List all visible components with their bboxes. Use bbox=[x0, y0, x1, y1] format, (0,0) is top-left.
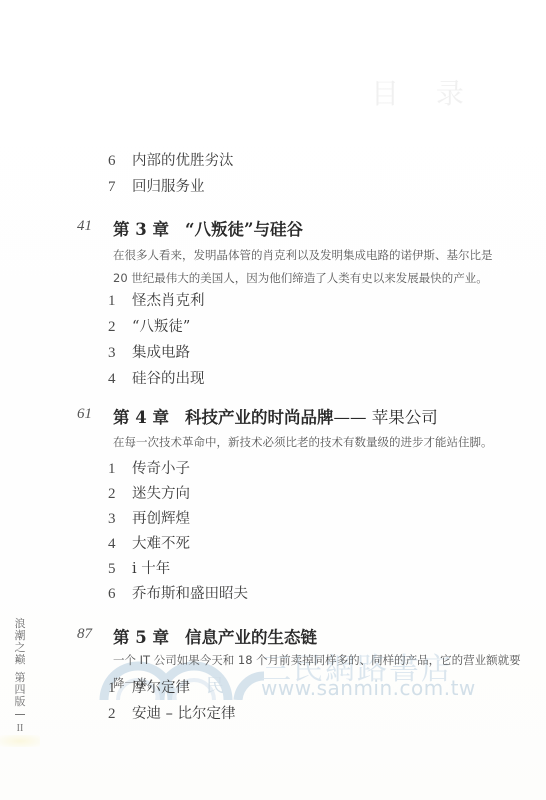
section-number: 6 bbox=[108, 151, 132, 171]
section-label: 再创辉煌 bbox=[132, 511, 190, 527]
section-number: 1 bbox=[108, 678, 132, 698]
running-head: 浪潮之巅 第四版 II bbox=[13, 618, 27, 735]
section-number: 6 bbox=[108, 584, 132, 604]
section-label: i 十年 bbox=[132, 561, 170, 577]
toc-section-item[interactable]: 5i 十年 bbox=[108, 558, 170, 579]
chapter-epigraph: 在很多人看来，发明晶体管的肖克利以及发明集成电路的诺伊斯、基尔比是 20 世纪最… bbox=[113, 244, 503, 290]
running-head-book-title: 浪潮之巅 bbox=[13, 618, 27, 666]
section-number: 7 bbox=[108, 177, 132, 197]
section-number: 5 bbox=[108, 559, 132, 579]
toc-section-item[interactable]: 4大难不死 bbox=[108, 533, 190, 554]
toc-section-item[interactable]: 1怪杰肖克利 bbox=[108, 290, 205, 311]
section-number: 4 bbox=[108, 534, 132, 554]
toc-section-item[interactable]: 3再创辉煌 bbox=[108, 508, 190, 529]
section-label: 传奇小子 bbox=[132, 461, 190, 477]
book-page: 目 录 6内部的优胜劣汰 7回归服务业 41 第 3 章“八叛徒”与硅谷 在很多… bbox=[0, 0, 546, 800]
chapter-subtitle: —— 苹果公司 bbox=[333, 408, 437, 427]
bleed-through-heading: 目 录 bbox=[371, 72, 478, 112]
section-number: 3 bbox=[108, 343, 132, 363]
chapter-title-text: 信息产业的生态链 bbox=[185, 628, 317, 647]
section-label: 摩尔定律 bbox=[132, 680, 190, 696]
section-number: 1 bbox=[108, 291, 132, 311]
toc-section-item[interactable]: 2“八叛徒” bbox=[108, 316, 190, 337]
chapter-epigraph: 在每一次技术革命中，新技术必须比老的技术有数量级的进步才能站住脚。 bbox=[113, 431, 503, 454]
section-number: 2 bbox=[108, 317, 132, 337]
chapter-title[interactable]: 第 5 章信息产业的生态链 bbox=[113, 624, 317, 648]
section-label: 安迪 – 比尔定律 bbox=[132, 706, 235, 722]
section-label: “八叛徒” bbox=[132, 319, 190, 335]
section-label: 迷失方向 bbox=[132, 486, 190, 502]
toc-section-item[interactable]: 6乔布斯和盛田昭夫 bbox=[108, 583, 248, 604]
running-head-edition: 第四版 bbox=[13, 672, 27, 708]
chapter-page-number: 61 bbox=[77, 406, 92, 423]
toc-section-item[interactable]: 2迷失方向 bbox=[108, 483, 190, 504]
toc-section-item[interactable]: 1传奇小子 bbox=[108, 458, 190, 479]
chapter-page-number: 87 bbox=[77, 626, 92, 643]
section-label: 乔布斯和盛田昭夫 bbox=[132, 586, 248, 602]
running-head-divider bbox=[15, 714, 25, 715]
section-label: 集成电路 bbox=[132, 345, 190, 361]
chapter-title-text: “八叛徒”与硅谷 bbox=[185, 220, 303, 239]
toc-section-item[interactable]: 7回归服务业 bbox=[108, 176, 205, 197]
toc-section-item[interactable]: 1摩尔定律 bbox=[108, 677, 190, 698]
section-label: 回归服务业 bbox=[132, 179, 205, 195]
toc-section-item[interactable]: 3集成电路 bbox=[108, 342, 190, 363]
section-number: 3 bbox=[108, 509, 132, 529]
toc-section-item[interactable]: 4硅谷的出现 bbox=[108, 368, 205, 389]
section-label: 怪杰肖克利 bbox=[132, 293, 205, 309]
running-head-page-number: II bbox=[13, 723, 27, 735]
section-label: 大难不死 bbox=[132, 536, 190, 552]
section-label: 内部的优胜劣汰 bbox=[132, 153, 234, 169]
chapter-title[interactable]: 第 4 章科技产业的时尚品牌—— 苹果公司 bbox=[113, 404, 438, 428]
chapter-number: 第 4 章 bbox=[113, 408, 169, 427]
toc-section-item[interactable]: 6内部的优胜劣汰 bbox=[108, 150, 234, 171]
section-number: 2 bbox=[108, 704, 132, 724]
chapter-title-text: 科技产业的时尚品牌 bbox=[185, 408, 334, 427]
chapter-number: 第 5 章 bbox=[113, 628, 169, 647]
section-number: 4 bbox=[108, 369, 132, 389]
chapter-title[interactable]: 第 3 章“八叛徒”与硅谷 bbox=[113, 216, 303, 240]
section-number: 2 bbox=[108, 484, 132, 504]
paper-stain bbox=[0, 735, 40, 747]
toc-section-item[interactable]: 2安迪 – 比尔定律 bbox=[108, 703, 235, 724]
section-label: 硅谷的出现 bbox=[132, 371, 205, 387]
chapter-page-number: 41 bbox=[77, 218, 92, 235]
section-number: 1 bbox=[108, 459, 132, 479]
chapter-number: 第 3 章 bbox=[113, 220, 169, 239]
